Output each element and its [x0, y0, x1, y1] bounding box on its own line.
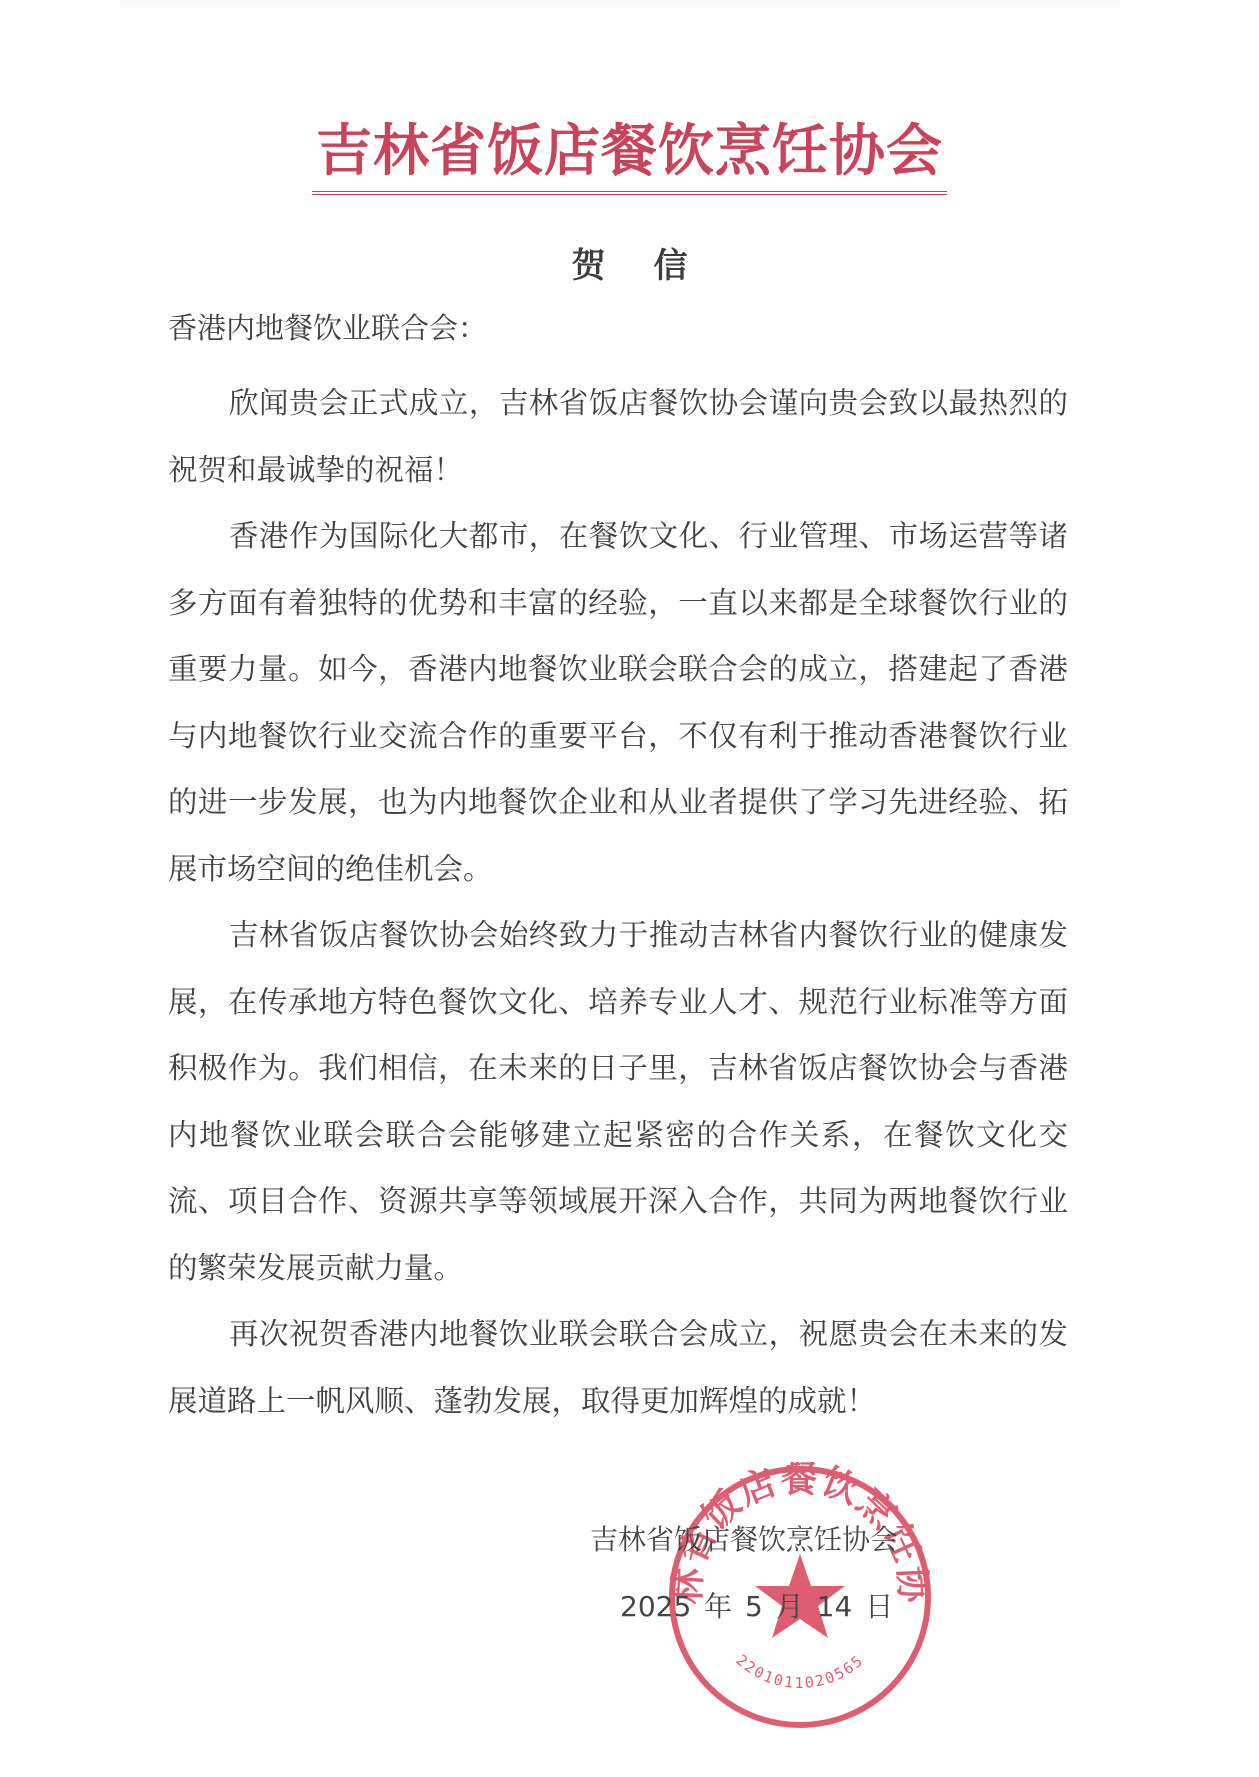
- letterhead: 吉林省饭店餐饮烹饪协会: [0, 118, 1259, 195]
- scan-edge-artifact: [120, 0, 1120, 10]
- letterhead-title: 吉林省饭店餐饮烹饪协会: [312, 118, 947, 195]
- signature-date: 2025 年 5 月 14 日: [620, 1585, 893, 1625]
- paragraph-hong-kong: 香港作为国际化大都市，在餐饮文化、行业管理、市场运营等诸多方面有着独特的优势和丰…: [168, 503, 1068, 902]
- paragraph-jilin-association: 吉林省饭店餐饮协会始终致力于推动吉林省内餐饮行业的健康发展，在传承地方特色餐饮文…: [168, 902, 1068, 1301]
- salutation: 香港内地餐饮业联合会：: [168, 306, 487, 347]
- paragraph-congratulations: 欣闻贵会正式成立，吉林省饭店餐饮协会谨向贵会致以最热烈的祝贺和最诚挚的祝福！: [168, 370, 1068, 503]
- document-type-heading: 贺信: [0, 238, 1259, 287]
- letter-body: 欣闻贵会正式成立，吉林省饭店餐饮协会谨向贵会致以最热烈的祝贺和最诚挚的祝福！ 香…: [168, 370, 1068, 1434]
- paragraph-closing-wishes: 再次祝贺香港内地餐饮业联会联合会成立，祝愿贵会在未来的发展道路上一帆风顺、蓬勃发…: [168, 1301, 1068, 1434]
- signature-organization: 吉林省饭店餐饮烹饪协会: [590, 1518, 898, 1558]
- svg-text:2201011020565: 2201011020565: [733, 1651, 868, 1692]
- seal-code: 2201011020565: [733, 1651, 868, 1692]
